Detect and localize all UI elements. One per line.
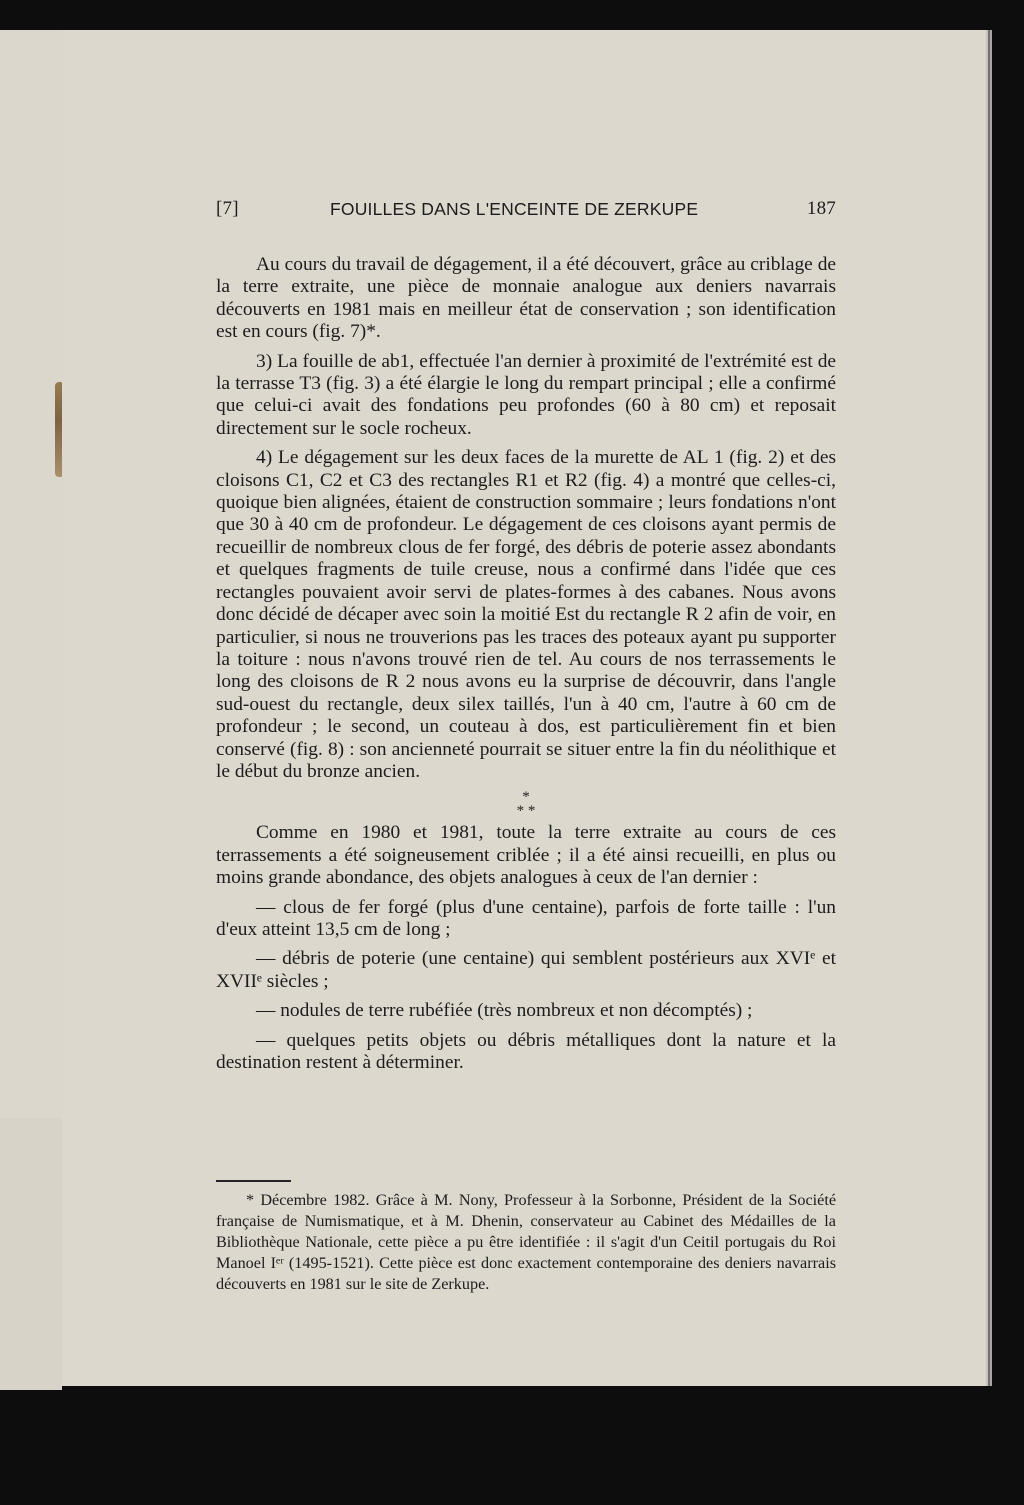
section-number: [7]	[216, 198, 239, 220]
book-page: [7] FOUILLES DANS L'ENCEINTE DE ZERKUPE …	[62, 30, 986, 1386]
paragraph-sieving-intro: Comme en 1980 et 1981, toute la terre ex…	[216, 822, 836, 889]
paragraph-ab1-excavation: 3) La fouille de ab1, effectuée l'an der…	[216, 351, 836, 441]
list-item-metal-objects: — quelques petits objets ou débris métal…	[216, 1030, 836, 1075]
section-break-asterism: * * *	[216, 790, 836, 818]
list-item-nodules: — nodules de terre rubéfiée (très nombre…	[216, 1000, 836, 1022]
body-text: Au cours du travail de dégagement, il a …	[216, 254, 836, 1081]
running-title: FOUILLES DANS L'ENCEINTE DE ZERKUPE	[330, 199, 698, 220]
footnote-text: * Décembre 1982. Grâce à M. Nony, Profes…	[216, 1190, 836, 1295]
facing-page-edge-lower	[0, 1118, 62, 1390]
asterism-top: *	[216, 790, 836, 804]
asterism-bottom: * *	[216, 804, 836, 818]
footnote: * Décembre 1982. Grâce à M. Nony, Profes…	[216, 1190, 836, 1295]
footnote-rule	[216, 1180, 291, 1182]
running-head: [7] FOUILLES DANS L'ENCEINTE DE ZERKUPE …	[216, 198, 836, 222]
list-item-pottery: — débris de poterie (une centaine) qui s…	[216, 948, 836, 993]
facing-page-edge	[0, 30, 63, 1118]
paragraph-al1-clearing: 4) Le dégagement sur les deux faces de l…	[216, 447, 836, 783]
page-number: 187	[807, 198, 836, 220]
list-item-nails: — clous de fer forgé (plus d'une centain…	[216, 897, 836, 942]
paragraph-coin-discovery: Au cours du travail de dégagement, il a …	[216, 254, 836, 344]
